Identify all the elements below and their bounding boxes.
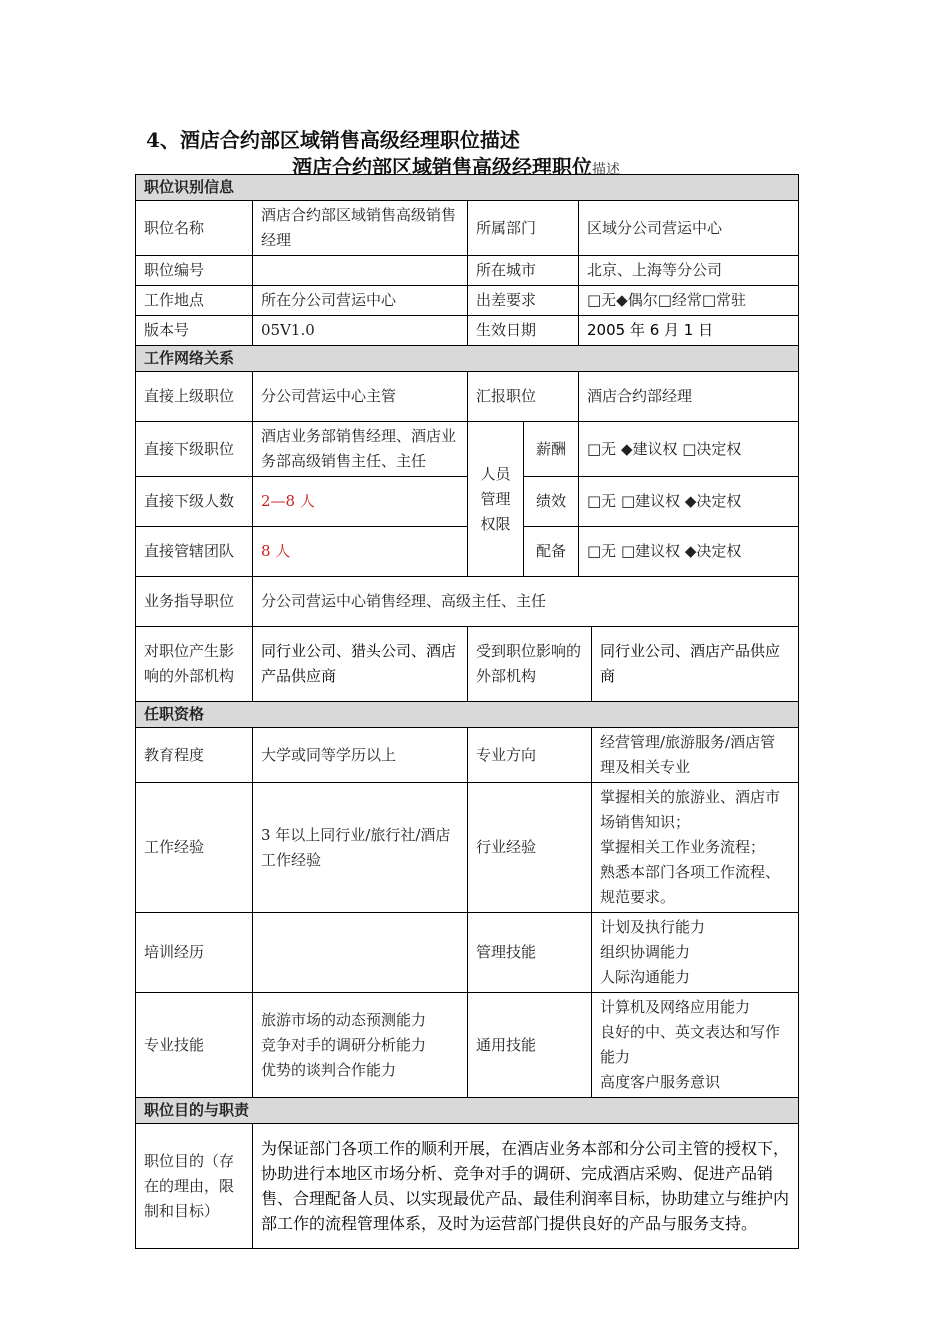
value-guidance: 分公司营运中心销售经理、高级主任、主任 — [253, 577, 799, 627]
label-performance: 绩效 — [524, 477, 579, 527]
pro-item: 旅游市场的动态预测能力 — [261, 1008, 459, 1033]
label-experience: 工作经验 — [136, 783, 253, 913]
label-influence-out: 对职位产生影响的外部机构 — [136, 627, 253, 702]
label-report: 汇报职位 — [468, 372, 579, 422]
mgmt-item: 计划及执行能力 — [600, 915, 790, 940]
general-item: 计算机及网络应用能力 — [600, 995, 790, 1020]
value-experience: 3 年以上同行业/旅行社/酒店工作经验 — [253, 783, 468, 913]
label-dept: 所属部门 — [468, 201, 579, 256]
label-job-code: 职位编号 — [136, 256, 253, 286]
value-purpose: 为保证部门各项工作的顺利开展，在酒店业务本部和分公司主管的授权下，协助进行本地区… — [253, 1124, 799, 1249]
label-job-title: 职位名称 — [136, 201, 253, 256]
label-sub-count: 直接下级人数 — [136, 477, 253, 527]
pro-item: 优势的谈判合作能力 — [261, 1058, 459, 1083]
value-staffing: □无 □建议权 ◆决定权 — [579, 527, 799, 577]
general-item: 良好的中、英文表达和写作能力 — [600, 1020, 790, 1070]
value-education: 大学或同等学历以上 — [253, 728, 468, 783]
value-version: 05V1.0 — [253, 316, 468, 346]
value-dept: 区域分公司营运中心 — [579, 201, 799, 256]
value-performance: □无 □建议权 ◆决定权 — [579, 477, 799, 527]
job-description-table: 职位识别信息 职位名称 酒店合约部区域销售高级销售经理 所属部门 区域分公司营运… — [135, 174, 799, 1249]
label-city: 所在城市 — [468, 256, 579, 286]
label-location: 工作地点 — [136, 286, 253, 316]
value-effective-date: 2005 年 6 月 1 日 — [579, 316, 799, 346]
section-identification: 职位识别信息 — [136, 175, 799, 201]
label-mgmt: 管理技能 — [468, 913, 592, 993]
section-purpose: 职位目的与职责 — [136, 1098, 799, 1124]
industry-item: 熟悉本部门各项工作流程、规范要求。 — [600, 860, 790, 910]
label-general-skills: 通用技能 — [468, 993, 592, 1098]
value-job-title: 酒店合约部区域销售高级销售经理 — [253, 201, 468, 256]
value-major: 经营管理/旅游服务/酒店管理及相关专业 — [592, 728, 799, 783]
document-heading: 4、酒店合约部区域销售高级经理职位描述 — [146, 124, 520, 153]
label-education: 教育程度 — [136, 728, 253, 783]
value-sub-count: 2—8 人 — [253, 477, 468, 527]
pro-item: 竞争对手的调研分析能力 — [261, 1033, 459, 1058]
label-major: 专业方向 — [468, 728, 592, 783]
mgmt-item: 人际沟通能力 — [600, 965, 790, 990]
value-influence-out: 同行业公司、猎头公司、酒店产品供应商 — [253, 627, 468, 702]
industry-item: 掌握相关的旅游业、酒店市场销售知识； — [600, 785, 790, 835]
value-general-skills: 计算机及网络应用能力 良好的中、英文表达和写作能力 高度客户服务意识 — [592, 993, 799, 1098]
label-hr-authority: 人员管理权限 — [468, 422, 524, 577]
label-salary: 薪酬 — [524, 422, 579, 477]
value-location: 所在分公司营运中心 — [253, 286, 468, 316]
label-team: 直接管辖团队 — [136, 527, 253, 577]
general-item: 高度客户服务意识 — [600, 1070, 790, 1095]
value-influenced: 同行业公司、酒店产品供应商 — [592, 627, 799, 702]
label-pro-skills: 专业技能 — [136, 993, 253, 1098]
label-effective-date: 生效日期 — [468, 316, 579, 346]
value-industry: 掌握相关的旅游业、酒店市场销售知识； 掌握相关工作业务流程； 熟悉本部门各项工作… — [592, 783, 799, 913]
value-training — [253, 913, 468, 993]
value-team: 8 人 — [253, 527, 468, 577]
industry-item: 掌握相关工作业务流程； — [600, 835, 790, 860]
value-city: 北京、上海等分公司 — [579, 256, 799, 286]
label-staffing: 配备 — [524, 527, 579, 577]
label-version: 版本号 — [136, 316, 253, 346]
section-qualifications: 任职资格 — [136, 702, 799, 728]
value-salary: □无 ◆建议权 □决定权 — [579, 422, 799, 477]
value-pro-skills: 旅游市场的动态预测能力 竞争对手的调研分析能力 优势的谈判合作能力 — [253, 993, 468, 1098]
label-superior: 直接上级职位 — [136, 372, 253, 422]
value-job-code — [253, 256, 468, 286]
value-subordinate: 酒店业务部销售经理、酒店业务部高级销售主任、主任 — [253, 422, 468, 477]
section-network: 工作网络关系 — [136, 346, 799, 372]
label-influenced: 受到职位影响的外部机构 — [468, 627, 592, 702]
value-superior: 分公司营运中心主管 — [253, 372, 468, 422]
value-travel: □无◆偶尔□经常□常驻 — [579, 286, 799, 316]
label-subordinate: 直接下级职位 — [136, 422, 253, 477]
label-training: 培训经历 — [136, 913, 253, 993]
label-guidance: 业务指导职位 — [136, 577, 253, 627]
label-purpose: 职位目的（存在的理由，限制和目标） — [136, 1124, 253, 1249]
label-travel: 出差要求 — [468, 286, 579, 316]
mgmt-item: 组织协调能力 — [600, 940, 790, 965]
label-industry: 行业经验 — [468, 783, 592, 913]
value-mgmt: 计划及执行能力 组织协调能力 人际沟通能力 — [592, 913, 799, 993]
value-report: 酒店合约部经理 — [579, 372, 799, 422]
